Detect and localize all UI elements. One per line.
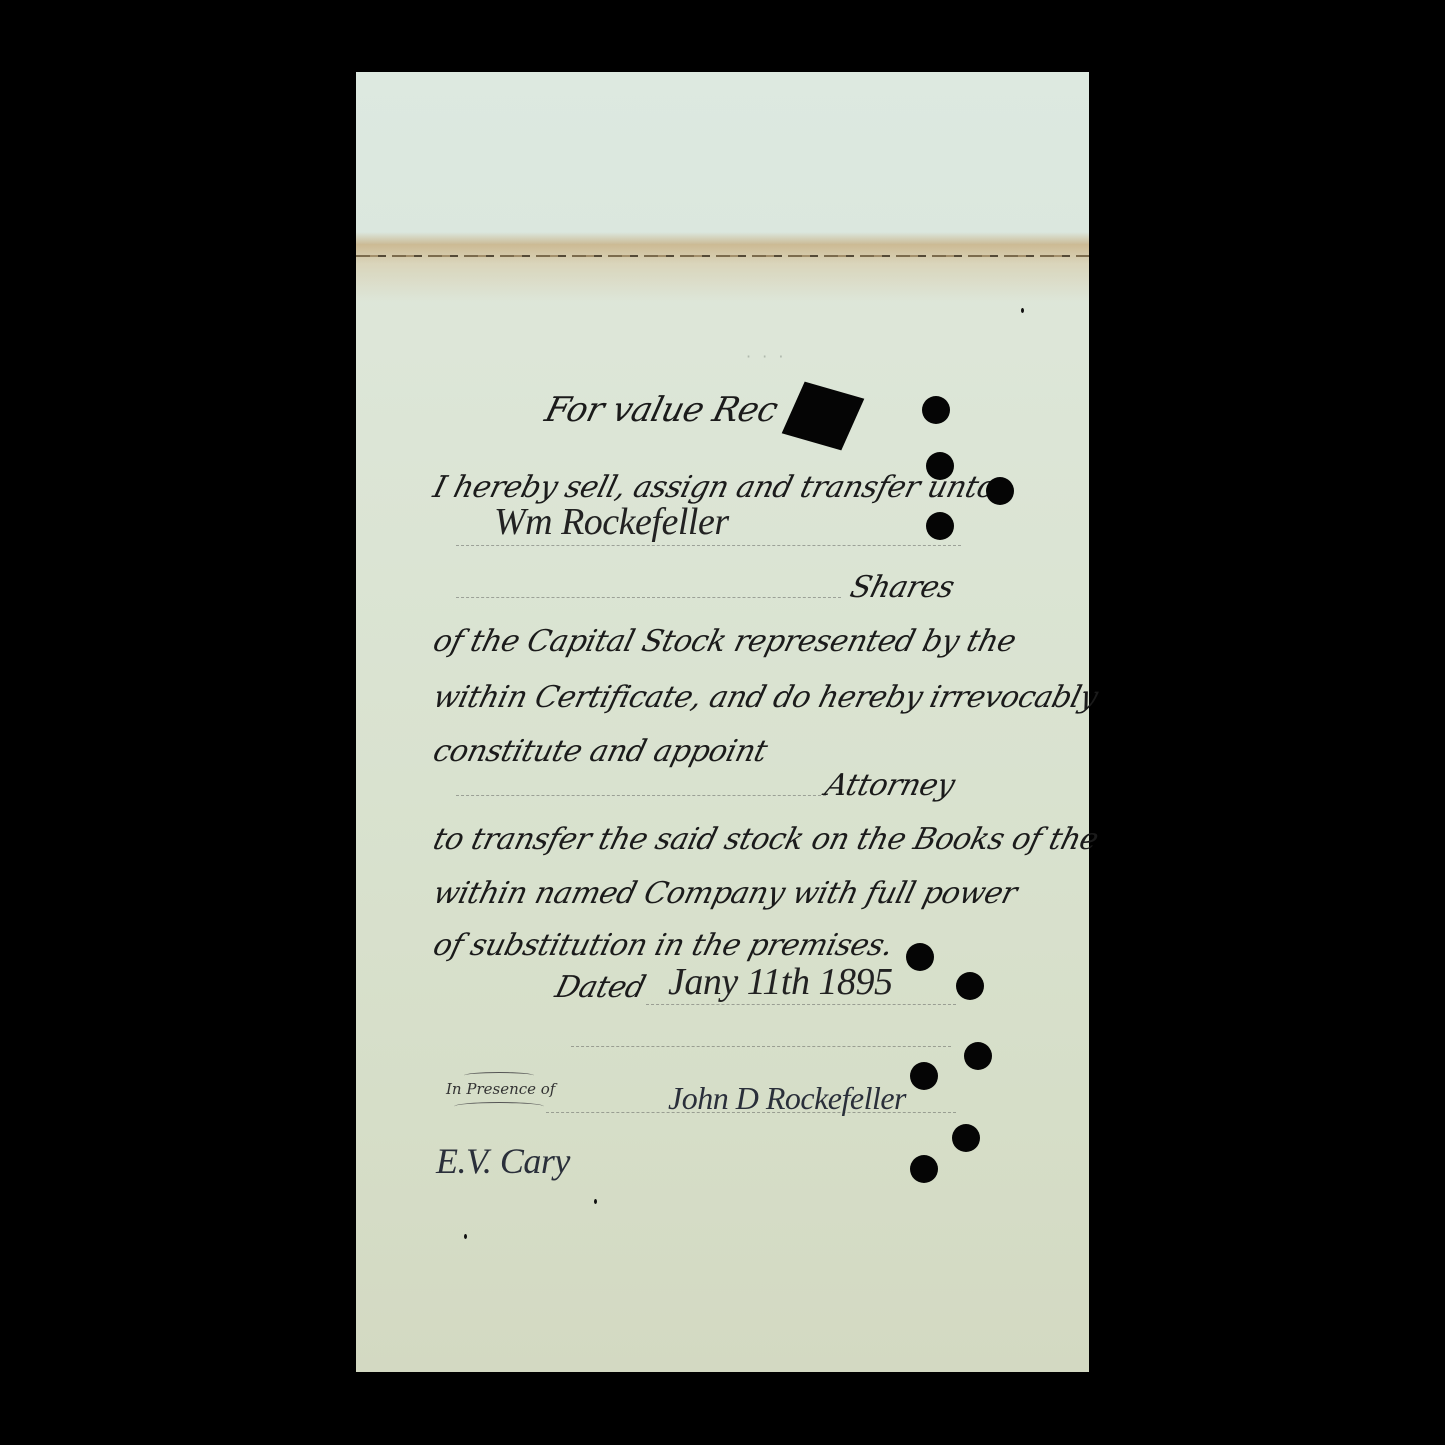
punch-hole <box>956 972 984 1000</box>
punch-hole <box>986 477 1014 505</box>
presence-rule-1 <box>571 1046 951 1047</box>
dated-label: Dated <box>552 970 649 1005</box>
punch-hole <box>926 452 954 480</box>
text-line-capital-stock: of the Capital Stock represented by the <box>430 624 1020 659</box>
text-line-company: within named Company with full power <box>430 876 1021 911</box>
ink-speck <box>594 1199 597 1204</box>
text-line-certificate: within Certificate, and do hereby irrevo… <box>430 680 1101 715</box>
handwritten-date: Jany 11th 1895 <box>668 960 892 1004</box>
text-line-substitution: of substitution in the premises. <box>430 928 897 963</box>
punch-hole <box>910 1062 938 1090</box>
glue-stain <box>356 232 1089 302</box>
punch-hole <box>910 1155 938 1183</box>
document-paper: · · · For value Rec I hereby sell, assig… <box>356 72 1089 1372</box>
attorney-rule <box>456 795 826 796</box>
signature-john-d-rockefeller: John D Rockefeller <box>668 1080 906 1117</box>
ink-speck <box>1021 308 1024 313</box>
punch-hole <box>906 943 934 971</box>
paper-top-margin <box>356 72 1089 244</box>
punch-hole <box>922 396 950 424</box>
handwritten-assignee: Wm Rockefeller <box>494 500 729 544</box>
redaction-block <box>782 382 865 451</box>
in-presence-of-flourish: In Presence of <box>434 1072 564 1112</box>
ink-speck <box>464 1234 467 1239</box>
text-attorney: Attorney <box>822 768 958 803</box>
date-rule <box>646 1004 956 1005</box>
text-shares: Shares <box>847 570 958 605</box>
text-line-constitute: constitute and appoint <box>430 734 771 769</box>
faint-stamp-mark: · · · <box>746 347 786 366</box>
shares-rule <box>456 597 841 598</box>
punch-hole <box>964 1042 992 1070</box>
text-line-books: to transfer the said stock on the Books … <box>430 822 1102 857</box>
assignee-rule <box>456 545 961 546</box>
punch-hole <box>952 1124 980 1152</box>
torn-glue-line <box>356 255 1089 257</box>
signature-witness: E.V. Cary <box>436 1140 570 1182</box>
punch-hole <box>926 512 954 540</box>
heading-for-value-received: For value Rec <box>541 390 782 430</box>
